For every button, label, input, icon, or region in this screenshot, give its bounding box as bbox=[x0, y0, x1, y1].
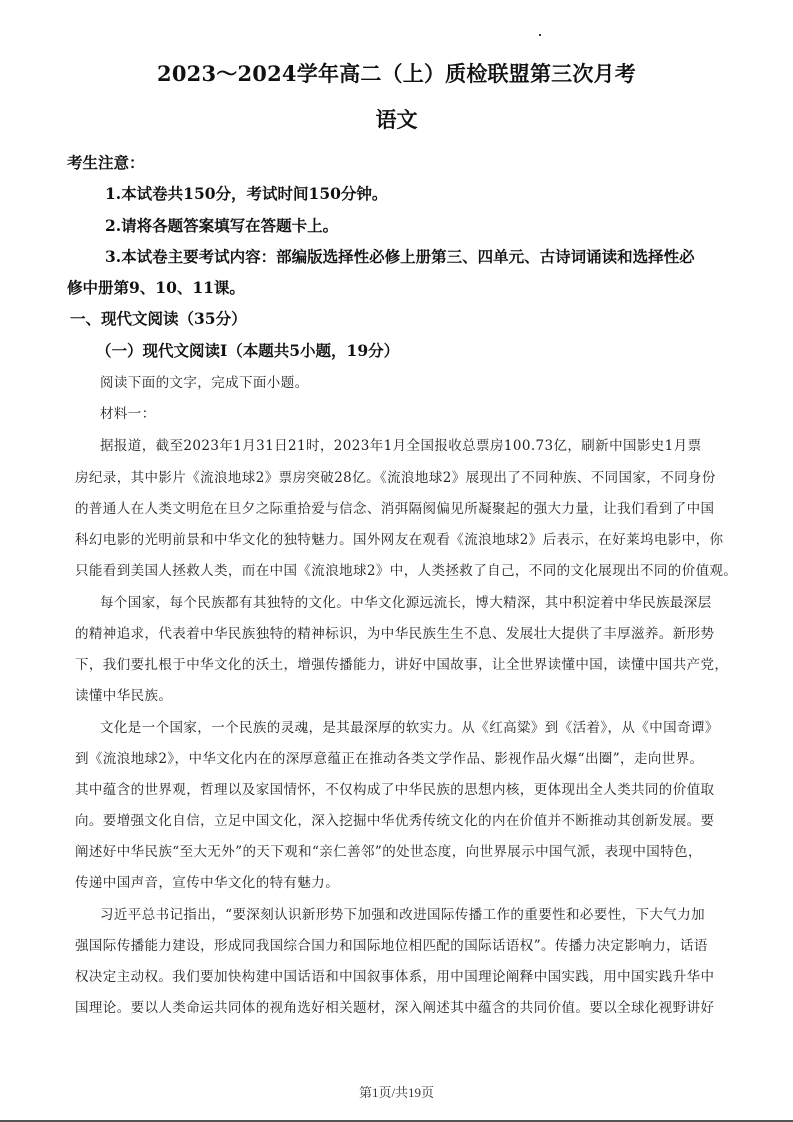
instruction-text: 阅读下面的文字，完成下面小题。 bbox=[100, 371, 309, 391]
paragraph-line: 国理论。要以人类命运共同体的视角选好相关题材，深入阐述其中蕴含的共同价值。要以全… bbox=[75, 996, 714, 1016]
paragraph-line: 习近平总书记指出，“要深刻认识新形势下加强和改进国际传播工作的重要性和必要性，下… bbox=[100, 903, 705, 923]
notice-item: 修中册第9、10、11课。 bbox=[67, 276, 245, 298]
scan-speck bbox=[539, 34, 541, 36]
exam-title: 2023～2024学年高二（上）质检联盟第三次月考 bbox=[0, 58, 793, 88]
section-heading: 一、现代文阅读（35分） bbox=[70, 307, 247, 329]
paragraph-line: 文化是一个国家，一个民族的灵魂，是其最深厚的软实力。从《红高粱》到《活着》，从《… bbox=[100, 716, 719, 736]
paragraph-line: 传递中国声音，宣传中华文化的特有魅力。 bbox=[75, 871, 339, 891]
paragraph-line: 据报道，截至2023年1月31日21时，2023年1月全国报收总票房100.73… bbox=[100, 434, 758, 454]
notice-item: 1.本试卷共150分，考试时间150分钟。 bbox=[105, 182, 387, 204]
subsection-heading: （一）现代文阅读Ⅰ（本题共5小题，19分） bbox=[96, 339, 399, 361]
notice-item: 3.本试卷主要考试内容：部编版选择性必修上册第三、四单元、古诗词诵读和选择性必 bbox=[105, 245, 695, 267]
paragraph-line: 房纪录，其中影片《流浪地球2》票房突破28亿。《流浪地球2》展现出了不同种族、不… bbox=[75, 466, 716, 486]
paragraph-line: 只能看到美国人拯救人类，而在中国《流浪地球2》中，人类拯救了自己，不同的文化展现… bbox=[75, 559, 737, 579]
paragraph-line: 的精神追求，代表着中华民族独特的精神标识，为中华民族生生不息、发展壮大提供了丰厚… bbox=[75, 622, 714, 642]
subject-title: 语文 bbox=[0, 104, 793, 134]
paragraph-line: 科幻电影的光明前景和中华文化的独特魅力。国外网友在观看《流浪地球2》后表示，在好… bbox=[75, 528, 723, 548]
paragraph-line: 向。要增强文化自信，立足中国文化，深入挖掘中华优秀传统文化的内在价值并不断推动其… bbox=[75, 809, 714, 829]
paragraph-line: 每个国家，每个民族都有其独特的文化。中华文化源远流长，博大精深，其中积淀着中华民… bbox=[100, 591, 712, 611]
page-number: 第1页/共19页 bbox=[0, 1082, 793, 1101]
paragraph-line: 读懂中华民族。 bbox=[75, 684, 172, 704]
paragraph-line: 下，我们要扎根于中华文化的沃土，增强传播能力，讲好中国故事，让全世界读懂中国，读… bbox=[75, 653, 728, 673]
paragraph-line: 阐述好中华民族“至大无外”的天下观和“亲仁善邻”的处世态度，向世界展示中国气派，… bbox=[75, 840, 702, 860]
notice-heading: 考生注意： bbox=[67, 151, 145, 173]
notice-item: 2.请将各题答案填写在答题卡上。 bbox=[105, 214, 338, 236]
paragraph-line: 权决定主动权。我们要加快构建中国话语和中国叙事体系，用中国理论阐释中国实践，用中… bbox=[75, 965, 714, 985]
material-label: 材料一： bbox=[100, 402, 156, 422]
exam-page: 2023～2024学年高二（上）质检联盟第三次月考 语文 考生注意： 1.本试卷… bbox=[0, 0, 793, 1122]
paragraph-line: 强国际传播能力建设，形成同我国综合国力和国际地位相匹配的国际话语权”。传播力决定… bbox=[75, 934, 708, 954]
paragraph-line: 其中蕴含的世界观，哲理以及家国情怀，不仅构成了中华民族的思想内核，更体现出全人类… bbox=[75, 778, 714, 798]
paragraph-line: 的普通人在人类文明危在旦夕之际重拾爱与信念、消弭隔阂偏见所凝聚起的强大力量，让我… bbox=[75, 497, 714, 517]
paragraph-line: 到《流浪地球2》，中华文化内在的深厚意蕴正在推动各类文学作品、影视作品火爆“出圈… bbox=[75, 747, 703, 767]
